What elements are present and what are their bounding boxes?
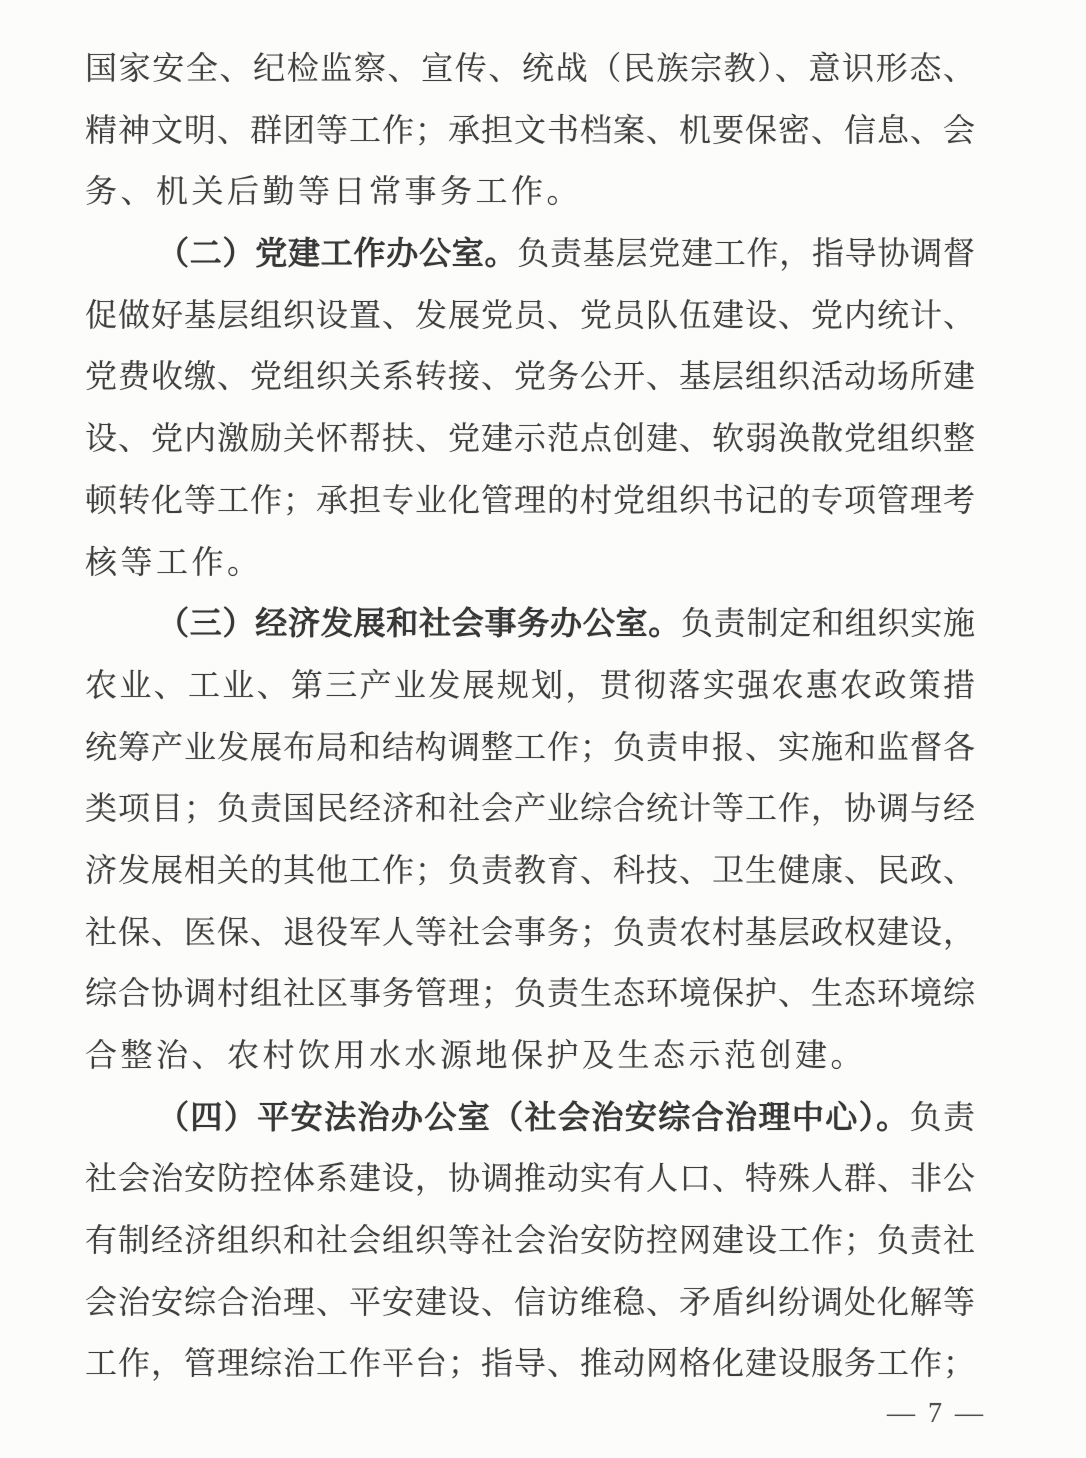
- text-line: 国家安全、纪检监察、宣传、统战（民族宗教）、意识形态、: [85, 38, 975, 100]
- text-line-content: 负责: [910, 1099, 975, 1135]
- text-line: 社会治安防控体系建设，协调推动实有人口、特殊人群、非公: [85, 1148, 975, 1210]
- text-line-content: 负责基层党建工作，指导协调督: [517, 235, 975, 271]
- text-line: 促做好基层组织设置、发展党员、党员队伍建设、党内统计、: [85, 285, 975, 347]
- text-line: 精神文明、群团等工作；承担文书档案、机要保密、信息、会: [85, 100, 975, 162]
- text-line: 核等工作。: [85, 532, 975, 594]
- text-line: 类项目；负责国民经济和社会产业综合统计等工作，协调与经: [85, 778, 975, 840]
- text-line-content: 核等工作。: [85, 544, 263, 580]
- text-line: （四）平安法治办公室（社会治安综合治理中心）。负责: [85, 1087, 975, 1149]
- text-line-content: 会治安综合治理、平安建设、信访维稳、矛盾纠纷调处化解等: [85, 1284, 975, 1320]
- text-line: 社保、医保、退役军人等社会事务；负责农村基层政权建设，: [85, 902, 975, 964]
- text-line-content: 国家安全、纪检监察、宣传、统战（民族宗教）、意识形态、: [85, 50, 975, 86]
- document-body: 国家安全、纪检监察、宣传、统战（民族宗教）、意识形态、 精神文明、群团等工作；承…: [85, 38, 975, 1395]
- text-line-content: 统筹产业发展布局和结构调整工作；负责申报、实施和监督各: [85, 729, 975, 765]
- section-heading: （三）经济发展和社会事务办公室。: [157, 605, 681, 641]
- document-page: 国家安全、纪检监察、宣传、统战（民族宗教）、意识形态、 精神文明、群团等工作；承…: [0, 0, 1086, 1458]
- text-line-content: 负责制定和组织实施: [681, 605, 975, 641]
- text-line: 合整治、农村饮用水水源地保护及生态示范创建。: [85, 1025, 975, 1087]
- text-line-content: 工作，管理综治工作平台；指导、推动网格化建设服务工作；: [85, 1345, 975, 1381]
- text-line-content: 类项目；负责国民经济和社会产业综合统计等工作，协调与经: [85, 790, 975, 826]
- page-number: — 7 —: [887, 1398, 986, 1430]
- text-line: 设、党内激励关怀帮扶、党建示范点创建、软弱涣散党组织整: [85, 408, 975, 470]
- text-line: 党费收缴、党组织关系转接、党务公开、基层组织活动场所建: [85, 346, 975, 408]
- text-line-content: 社会治安防控体系建设，协调推动实有人口、特殊人群、非公: [85, 1160, 975, 1196]
- section-heading: （二）党建工作办公室。: [157, 235, 517, 271]
- text-line: （三）经济发展和社会事务办公室。负责制定和组织实施: [85, 593, 975, 655]
- text-line-content: 农业、工业、第三产业发展规划，贯彻落实强农惠农政策措施，: [85, 667, 975, 717]
- text-line-content: 综合协调村组社区事务管理；负责生态环境保护、生态环境综: [85, 975, 975, 1011]
- text-line-content: 精神文明、群团等工作；承担文书档案、机要保密、信息、会: [85, 112, 975, 148]
- text-line: 济发展相关的其他工作；负责教育、科技、卫生健康、民政、: [85, 840, 975, 902]
- text-line-content: 务、机关后勤等日常事务工作。: [85, 173, 582, 209]
- text-line: 综合协调村组社区事务管理；负责生态环境保护、生态环境综: [85, 963, 975, 1025]
- text-line: 统筹产业发展布局和结构调整工作；负责申报、实施和监督各: [85, 717, 975, 779]
- text-line: （二）党建工作办公室。负责基层党建工作，指导协调督: [85, 223, 975, 285]
- text-line-content: 济发展相关的其他工作；负责教育、科技、卫生健康、民政、: [85, 852, 975, 888]
- section-heading: （四）平安法治办公室（社会治安综合治理中心）。: [157, 1099, 910, 1135]
- text-line: 有制经济组织和社会组织等社会治安防控网建设工作；负责社: [85, 1210, 975, 1272]
- text-line-content: 顿转化等工作；承担专业化管理的村党组织书记的专项管理考: [85, 482, 975, 518]
- text-line-content: 党费收缴、党组织关系转接、党务公开、基层组织活动场所建: [85, 358, 975, 394]
- text-line-content: 社保、医保、退役军人等社会事务；负责农村基层政权建设，: [85, 914, 975, 950]
- text-line: 工作，管理综治工作平台；指导、推动网格化建设服务工作；: [85, 1333, 975, 1395]
- text-line-content: 有制经济组织和社会组织等社会治安防控网建设工作；负责社: [85, 1222, 975, 1258]
- text-line: 务、机关后勤等日常事务工作。: [85, 161, 975, 223]
- text-line: 农业、工业、第三产业发展规划，贯彻落实强农惠农政策措施，: [85, 655, 975, 717]
- text-line: 顿转化等工作；承担专业化管理的村党组织书记的专项管理考: [85, 470, 975, 532]
- text-line-content: 合整治、农村饮用水水源地保护及生态示范创建。: [85, 1037, 866, 1073]
- text-line: 会治安综合治理、平安建设、信访维稳、矛盾纠纷调处化解等: [85, 1272, 975, 1334]
- text-line-content: 促做好基层组织设置、发展党员、党员队伍建设、党内统计、: [85, 297, 975, 333]
- text-line-content: 设、党内激励关怀帮扶、党建示范点创建、软弱涣散党组织整: [85, 420, 975, 456]
